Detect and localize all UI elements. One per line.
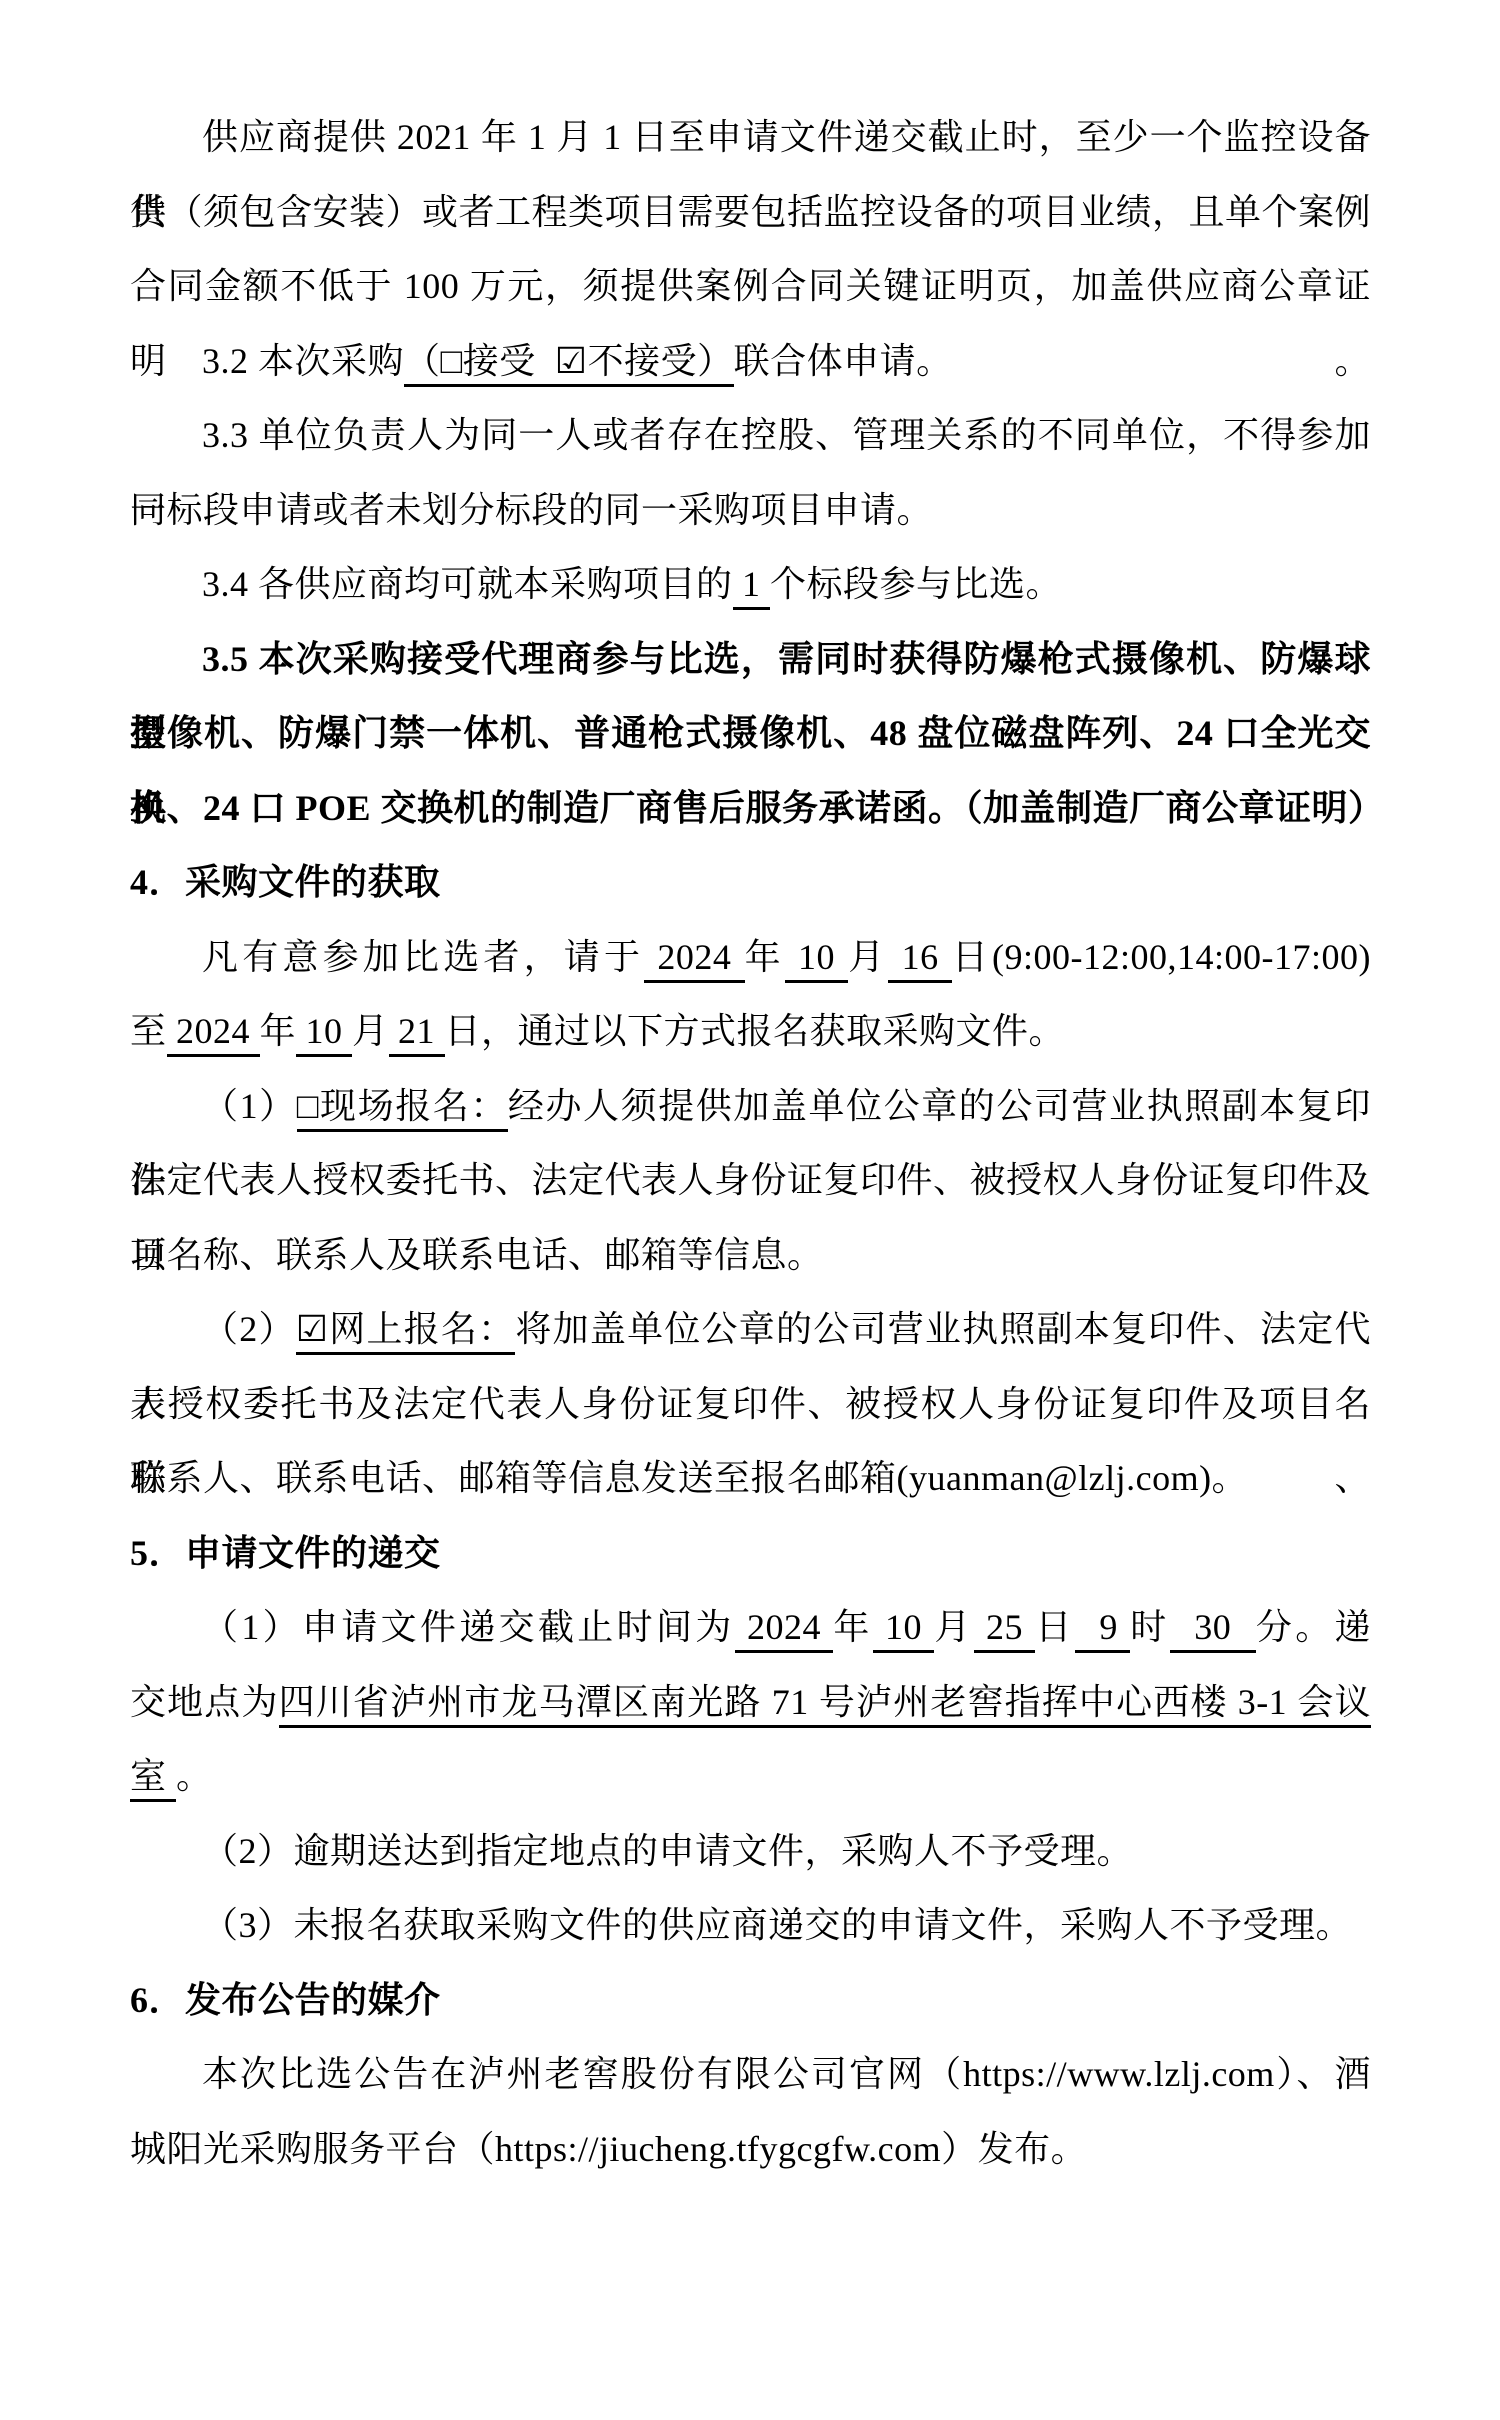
para-registration-period-line-2: 至 2024 年 10 月 21 日，通过以下方式报名获取采购文件。	[130, 994, 1371, 1069]
text-segment: 城阳光采购服务平台（https://jiucheng.tfygcgfw.com）…	[130, 2129, 1087, 2169]
item-online-registration-line-2: 人授权委托书及法定代表人身份证复印件、被授权人身份证复印件及项目名称、	[130, 1367, 1371, 1442]
item-onsite-registration-line-3: 目名称、联系人及联系电话、邮箱等信息。	[130, 1218, 1371, 1293]
text-segment: 4．采购文件的获取	[130, 862, 441, 902]
text-segment: 至	[130, 1011, 167, 1051]
text-segment: 货（须包含安装）或者工程类项目需要包括监控设备的项目业绩，且单个案例	[130, 192, 1371, 232]
clause-3-3-line-2: 一标段申请或者未划分标段的同一采购项目申请。	[130, 473, 1371, 548]
blank-fill-hour: 9	[1075, 1607, 1131, 1653]
text-segment: （2）	[202, 1309, 296, 1349]
clause-3-4: 3.4 各供应商均可就本采购项目的 1 个标段参与比选。	[130, 547, 1371, 622]
item-onsite-registration-line-1: （1）□现场报名：经办人须提供加盖单位公章的公司营业执照副本复印件、	[130, 1069, 1371, 1144]
text-segment: 3.2 本次采购	[202, 341, 404, 381]
text-segment: 日(9:00-12:00,14:00-17:00)	[952, 937, 1371, 977]
heading-6: 6．发布公告的媒介	[130, 1963, 1371, 2038]
text-segment: 。	[176, 1756, 213, 1796]
text-segment: 年	[745, 937, 785, 977]
item-submission-deadline-line-1: （1）申请文件递交截止时间为 2024 年 10 月 25 日 9 时 30 分…	[130, 1590, 1371, 1665]
text-segment: 机、24 口 POE 交换机的制造厂商售后服务承诺函。（加盖制造厂商公章证明）	[130, 788, 1385, 828]
document-page: 供应商提供 2021 年 1 月 1 日至申请文件递交截止时，至少一个监控设备供…	[0, 0, 1500, 2420]
clause-3-5-line-2: 摄像机、防爆门禁一体机、普通枪式摄像机、48 盘位磁盘阵列、24 口全光交换	[130, 696, 1371, 771]
blank-fill-address: 四川省泸州市龙马潭区南光路 71 号泸州老窖指挥中心西楼 3-1 会议	[279, 1682, 1371, 1728]
document-body: 供应商提供 2021 年 1 月 1 日至申请文件递交截止时，至少一个监控设备供…	[130, 100, 1371, 2186]
underlined-text-segment: （	[404, 341, 441, 387]
blank-fill-year: 2024	[167, 1011, 260, 1057]
checkbox-unchecked-icon: □	[441, 341, 463, 387]
para-announcement-media-line-2: 城阳光采购服务平台（https://jiucheng.tfygcgfw.com）…	[130, 2112, 1371, 2187]
text-segment: 6．发布公告的媒介	[130, 1980, 441, 2020]
blank-fill-month: 10	[296, 1011, 352, 1057]
underlined-text-segment: 现场报名：	[320, 1086, 508, 1132]
text-segment: 联系人、联系电话、邮箱等信息发送至报名邮箱(yuanman@lzlj.com)。	[130, 1458, 1248, 1498]
text-segment: 5．申请文件的递交	[130, 1533, 441, 1573]
clause-3-3-line-1: 3.3 单位负责人为同一人或者存在控股、管理关系的不同单位，不得参加同	[130, 398, 1371, 473]
item-submission-deadline-line-2: 交地点为四川省泸州市龙马潭区南光路 71 号泸州老窖指挥中心西楼 3-1 会议	[130, 1665, 1371, 1740]
para-announcement-media-line-1: 本次比选公告在泸州老窖股份有限公司官网（https://www.lzlj.com…	[130, 2037, 1371, 2112]
text-segment: 个标段参与比选。	[770, 564, 1062, 604]
blank-fill-day: 25	[974, 1607, 1036, 1653]
checkbox-checked-icon: ☑	[555, 341, 588, 387]
item-submission-deadline-line-3: 室 。	[130, 1739, 1371, 1814]
heading-4: 4．采购文件的获取	[130, 845, 1371, 920]
blank-fill-year: 2024	[735, 1607, 834, 1653]
para-qualification-line-2: 货（须包含安装）或者工程类项目需要包括监控设备的项目业绩，且单个案例	[130, 175, 1371, 250]
text-segment: 日	[1035, 1607, 1074, 1647]
underlined-text-segment: 接受	[463, 341, 555, 387]
blank-fill-address: 室	[130, 1756, 176, 1802]
text-segment: 年	[833, 1607, 872, 1647]
clause-3-5-line-1: 3.5 本次采购接受代理商参与比选，需同时获得防爆枪式摄像机、防爆球型	[130, 622, 1371, 697]
blank-fill-minute: 30	[1170, 1607, 1256, 1653]
text-segment: 目名称、联系人及联系电话、邮箱等信息。	[130, 1235, 824, 1275]
text-segment: 月	[934, 1607, 973, 1647]
text-segment: 月	[352, 1011, 389, 1051]
text-segment: （1）申请文件递交截止时间为	[202, 1607, 735, 1647]
text-segment: 联合体申请。	[734, 341, 953, 381]
para-qualification-line-3: 合同金额不低于 100 万元，须提供案例合同关键证明页，加盖供应商公章证明。	[130, 249, 1371, 324]
text-segment: 年	[260, 1011, 297, 1051]
blank-fill-year: 2024	[644, 937, 744, 983]
heading-5: 5．申请文件的递交	[130, 1516, 1371, 1591]
item-late-submission: （2）逾期送达到指定地点的申请文件，采购人不予受理。	[130, 1814, 1371, 1889]
clause-3-5-line-3: 机、24 口 POE 交换机的制造厂商售后服务承诺函。（加盖制造厂商公章证明）	[130, 771, 1371, 846]
text-segment: 分。递	[1256, 1607, 1371, 1647]
para-registration-period-line-1: 凡有意参加比选者，请于 2024 年 10 月 16 日(9:00-12:00,…	[130, 920, 1371, 995]
blank-fill-day: 21	[389, 1011, 445, 1057]
item-unregistered-submission: （3）未报名获取采购文件的供应商递交的申请文件，采购人不予受理。	[130, 1888, 1371, 1963]
text-segment: 交地点为	[130, 1682, 279, 1722]
text-segment: 凡有意参加比选者，请于	[202, 937, 644, 977]
text-segment: 一标段申请或者未划分标段的同一采购项目申请。	[130, 490, 933, 530]
blank-fill-lot-count: 1	[733, 564, 771, 610]
text-segment: （2）逾期送达到指定地点的申请文件，采购人不予受理。	[202, 1831, 1133, 1871]
checkbox-checked-icon: ☑	[296, 1309, 329, 1355]
item-online-registration-line-3: 联系人、联系电话、邮箱等信息发送至报名邮箱(yuanman@lzlj.com)。	[130, 1441, 1371, 1516]
underlined-text-segment: 网上报名：	[328, 1309, 515, 1355]
text-segment: 日，通过以下方式报名获取采购文件。	[445, 1011, 1066, 1051]
blank-fill-month: 10	[785, 937, 848, 983]
text-segment: 时	[1130, 1607, 1169, 1647]
para-qualification-line-1: 供应商提供 2021 年 1 月 1 日至申请文件递交截止时，至少一个监控设备供	[130, 100, 1371, 175]
checkbox-unchecked-icon: □	[297, 1086, 320, 1132]
text-segment: （1）	[202, 1086, 297, 1126]
blank-fill-day: 16	[888, 937, 951, 983]
item-onsite-registration-line-2: 法定代表人授权委托书、法定代表人身份证复印件、被授权人身份证复印件及项	[130, 1143, 1371, 1218]
item-online-registration-line-1: （2）☑网上报名：将加盖单位公章的公司营业执照副本复印件、法定代表	[130, 1292, 1371, 1367]
text-segment: 本次比选公告在泸州老窖股份有限公司官网（https://www.lzlj.com…	[202, 2054, 1371, 2094]
text-segment: 3.4 各供应商均可就本采购项目的	[202, 564, 733, 604]
blank-fill-month: 10	[873, 1607, 935, 1653]
text-segment: 月	[848, 937, 888, 977]
underlined-text-segment: 不接受）	[588, 341, 734, 387]
text-segment: （3）未报名获取采购文件的供应商递交的申请文件，采购人不予受理。	[202, 1905, 1352, 1945]
